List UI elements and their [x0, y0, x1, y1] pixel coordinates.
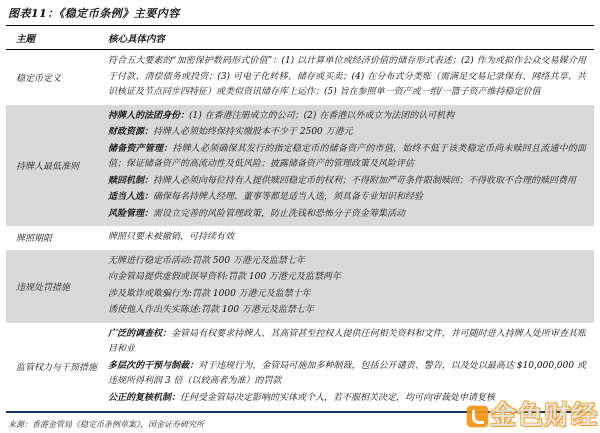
content-item-lead: 广泛的调查权：: [108, 329, 171, 339]
content-cell: 广泛的调查权：金管局有权要求持牌人、其高管甚至控权人提供任何相关资料和文件，并可…: [108, 323, 594, 411]
table-row: 违规处罚措施无牌进行稳定币活动:罚款 500 万港元及监禁七年向金管局提供虚假或…: [6, 250, 594, 323]
content-cell: 牌照只要未被撤销，可持续有效: [108, 226, 594, 250]
table-row: 持牌人最低准则持牌人的法团身份：(1) 在香港注册成立的公司；(2) 在香港以外…: [6, 105, 594, 227]
source-note: 来源：香港金管局《稳定币条例草案》，国金证券研究所: [6, 411, 594, 430]
table-header-row: 主题 核心具体内容: [6, 26, 594, 50]
topic-cell: 监管权力与干预措施: [6, 323, 108, 411]
content-item-lead: 持牌人的法团身份：: [108, 111, 189, 121]
topic-cell: 违规处罚措施: [6, 250, 108, 323]
content-cell: 持牌人的法团身份：(1) 在香港注册成立的公司；(2) 在香港以外成立为法团的认…: [108, 105, 594, 227]
content-cell: 无牌进行稳定币活动:罚款 500 万港元及监禁七年向金管局提供虚假或误导资料:罚…: [108, 250, 594, 323]
content-item: 符合五大要素的“加密保护数码形式价值”：(1) 以计算单位或经济价值的储存形式表…: [108, 54, 586, 101]
header-topic: 主题: [6, 31, 108, 45]
content-item: 持牌人的法团身份：(1) 在香港注册成立的公司；(2) 在香港以外成立为法团的认…: [108, 109, 586, 125]
content-cell: 符合五大要素的“加密保护数码形式价值”：(1) 以计算单位或经济价值的储存形式表…: [108, 50, 594, 105]
content-item-lead: 风险管理：: [108, 209, 153, 219]
table-row: 牌照期限牌照只要未被撤销，可持续有效: [6, 226, 594, 250]
table-row: 监管权力与干预措施广泛的调查权：金管局有权要求持牌人、其高管甚至控权人提供任何相…: [6, 323, 594, 411]
table-body: 稳定币定义符合五大要素的“加密保护数码形式价值”：(1) 以计算单位或经济价值的…: [6, 50, 594, 410]
content-item: 多层次的干预与制裁：对于违规行为，金管局可施加多种制裁，包括公开谴责、警告，以及…: [108, 359, 586, 390]
content-item: 无牌进行稳定币活动:罚款 500 万港元及监禁七年: [108, 254, 586, 270]
content-item: 向金管局提供虚假或误导资料:罚款 100 万港元及监禁两年: [108, 270, 586, 286]
content-item: 适当人选：确保每名持牌人经理、董事等都是适当人选，须具备专业知识和经验: [108, 190, 586, 206]
header-content: 核心具体内容: [108, 31, 594, 45]
topic-cell: 稳定币定义: [6, 50, 108, 105]
content-item: 广泛的调查权：金管局有权要求持牌人、其高管甚至控权人提供任何相关资料和文件，并可…: [108, 327, 586, 358]
figure-title: 图表11：《稳定币条例》主要内容: [6, 0, 594, 25]
content-item-lead: 储备资产管理：: [108, 144, 172, 154]
content-item-lead: 多层次的干预与制裁：: [108, 361, 198, 371]
content-item: 财政资源：持牌人必须始终保持实缴股本不少于 2500 万港元: [108, 125, 586, 141]
content-item: 储备资产管理：持牌人必须确保其发行的指定稳定币的储备资产的市值，始终不低于该类稳…: [108, 142, 586, 173]
content-item: 公正的复核机制：任何受金管局决定影响的实体或个人，若不服相关决定，均可向审裁处申…: [108, 391, 586, 407]
topic-cell: 牌照期限: [6, 226, 108, 250]
content-item: 牌照只要未被撤销，可持续有效: [108, 230, 586, 246]
topic-cell: 持牌人最低准则: [6, 105, 108, 227]
content-item-lead: 公正的复核机制：: [108, 393, 180, 403]
content-item: 风险管理：需设立完善的风险管理政策，防止洗钱和恐怖分子资金筹集活动: [108, 207, 586, 223]
content-item-lead: 财政资源：: [108, 127, 153, 137]
content-item: 诱使他人作出失实陈述:罚款 100 万港元及监禁七年: [108, 303, 586, 319]
figure-container: 图表11：《稳定币条例》主要内容 主题 核心具体内容 稳定币定义符合五大要素的“…: [0, 0, 600, 430]
content-item: 涉及欺诈或欺骗行为:罚款 1000 万港元及监禁十年: [108, 287, 586, 303]
content-item-lead: 适当人选：: [108, 192, 153, 202]
table-row: 稳定币定义符合五大要素的“加密保护数码形式价值”：(1) 以计算单位或经济价值的…: [6, 50, 594, 105]
content-item: 赎回机制：持牌人必须向每位持有人提供赎回稳定币的权利；不得附加严苛条件限制赎回；…: [108, 174, 586, 190]
content-item-lead: 赎回机制：: [108, 176, 153, 186]
